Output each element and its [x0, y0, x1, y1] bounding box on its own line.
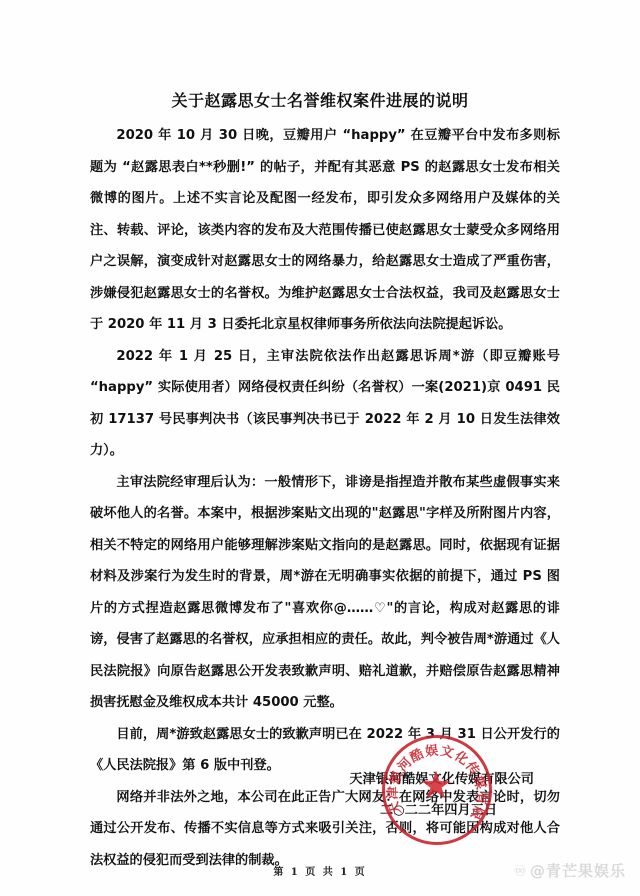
signature-company: 天津银河酷娱文化传媒有限公司 — [344, 768, 534, 787]
document-title: 关于赵露思女士名誉维权案件进展的说明 — [0, 88, 640, 111]
document-page: 关于赵露思女士名誉维权案件进展的说明 2020 年 10 月 30 日晚，豆瓣用… — [0, 0, 640, 896]
document-body: 2020 年 10 月 30 日晚，豆瓣用户 “happy” 在豆瓣平台中发布多… — [90, 120, 560, 876]
weibo-icon: ♾ — [514, 862, 528, 880]
signature-block: 天津银河酷娱文化传媒有限公司 二○二二年四月三日 — [350, 768, 570, 818]
paragraph-court-opinion: 主审法院经审理后认为：一般情形下，诽谤是指捏造并散布某些虚假事实来破坏他人的名誉… — [90, 467, 560, 719]
watermark-text: @青芒果娱乐 — [530, 862, 626, 880]
source-watermark: ♾@青芒果娱乐 — [514, 860, 626, 881]
signature-date: 二○二二年四月三日 — [380, 799, 570, 818]
paragraph-background: 2020 年 10 月 30 日晚，豆瓣用户 “happy” 在豆瓣平台中发布多… — [90, 120, 560, 341]
paragraph-judgment: 2022 年 1 月 25 日，主审法院依法作出赵露思诉周*游（即豆瓣账号 “h… — [90, 341, 560, 467]
